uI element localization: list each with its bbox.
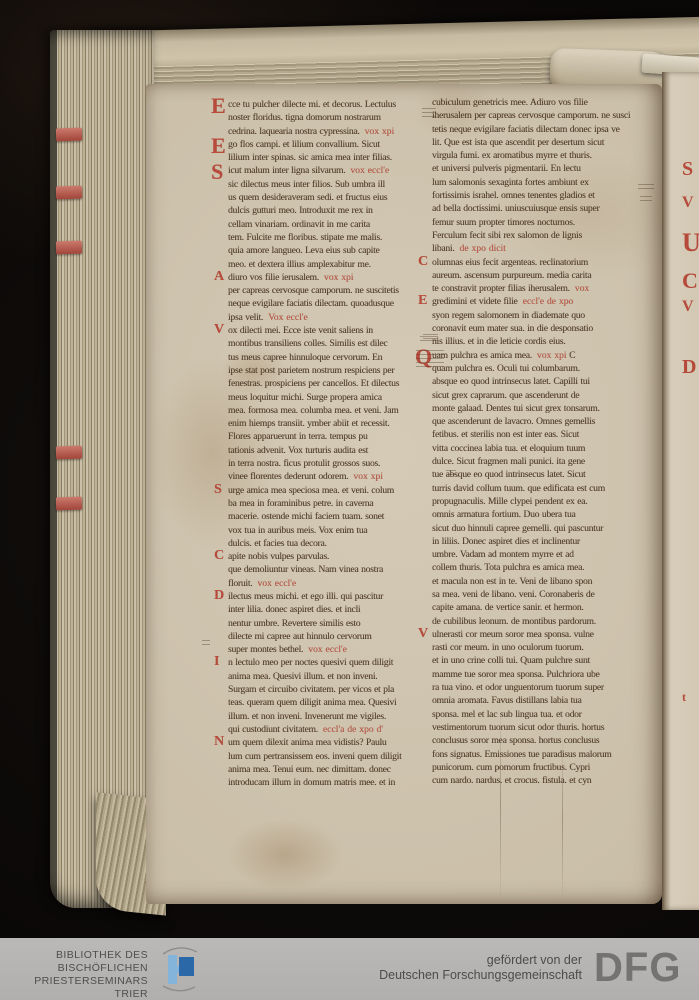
body-text: turris david collum tuum. que edificata … bbox=[432, 483, 605, 494]
facing-page-initial-fragment: V bbox=[682, 298, 694, 316]
manuscript-line: et universi pulveris pigmentarii. En lec… bbox=[432, 162, 644, 175]
body-text: iherusalem per capreas cervosque camporu… bbox=[432, 110, 630, 121]
body-text: ipsa velit. bbox=[228, 312, 263, 323]
body-text: in liliis. Donec aspiret dies et incline… bbox=[432, 536, 580, 547]
body-text: sa mea. veni de libano. veni. Coronaberi… bbox=[432, 589, 594, 600]
manuscript-line: floruit.vox eccl'e bbox=[228, 577, 426, 590]
manuscript-line: sicut grex caprarum. que ascenderunt de bbox=[432, 389, 644, 402]
body-text: inter lilia. donec aspiret dies. et incl… bbox=[228, 604, 360, 615]
manuscript-line: Vox dilecti mei. Ecce iste venit saliens… bbox=[228, 324, 426, 337]
body-text: mea. formosa mea. columba mea. et veni. … bbox=[228, 405, 398, 416]
body-text: fons signatus. Emissiones tue paradisus … bbox=[432, 749, 611, 760]
body-text: vestimentorum tuorum sicut odor thuris. … bbox=[432, 722, 604, 733]
manuscript-line: conclusus soror mea sponsa. hortus concl… bbox=[432, 734, 644, 747]
manuscript-line: que ascenderunt de lavacro. Omnes gemell… bbox=[432, 415, 644, 428]
manuscript-line: cedrina. laquearia nostra cypressina.vox… bbox=[228, 125, 426, 138]
left-page-stack bbox=[50, 30, 154, 908]
manuscript-line: Num quem dilexit anima mea vidistis? Pau… bbox=[228, 736, 426, 749]
manuscript-line: tetis neque evigilare faciatis dilectam … bbox=[432, 123, 644, 136]
body-text: C bbox=[566, 350, 575, 361]
body-text: tetis neque evigilare faciatis dilectam … bbox=[432, 124, 620, 135]
manuscript-line: punicorum. cum pomorum fructibus. Cypri bbox=[432, 761, 644, 774]
body-text: cubiculum genetricis mee. Adiuro vos fil… bbox=[432, 97, 588, 108]
body-text: sic dilectus meus inter filios. Sub umbr… bbox=[228, 179, 385, 190]
body-text: aureum. ascensum purpureum. media carita bbox=[432, 270, 591, 281]
manuscript-line: de cubilibus leonum. de montibus pardoru… bbox=[432, 615, 644, 628]
body-text: super montes bethel. bbox=[228, 644, 303, 655]
body-text: in terra nostra. ficus protulit grossos … bbox=[228, 458, 380, 469]
manuscript-line: in liliis. Donec aspiret dies et incline… bbox=[432, 535, 644, 548]
funding-credit-line: Deutschen Forschungsgemeinschaft bbox=[300, 968, 582, 983]
manuscript-line: mea. formosa mea. columba mea. et veni. … bbox=[228, 404, 426, 417]
manuscript-line: ipse stat post parietem nostrum respicie… bbox=[228, 364, 426, 377]
manuscript-line: monte galaad. Dentes tui sicut grex tons… bbox=[432, 402, 644, 415]
body-text: de cubilibus leonum. de montibus pardoru… bbox=[432, 616, 596, 627]
body-text: cedrina. laquearia nostra cypressina. bbox=[228, 126, 360, 137]
body-text: meus loquitur michi. Surge propera amica bbox=[228, 392, 382, 403]
rubricated-initial: I bbox=[214, 655, 219, 669]
manuscript-line: sponsa. mel et lac sub lingua tua. et od… bbox=[432, 708, 644, 721]
manuscript-line: us quem desideraveram sedi. et fructus e… bbox=[228, 191, 426, 204]
manuscript-line: cellam vinariam. ordinavit in me carita bbox=[228, 218, 426, 231]
manuscript-line: ipsa velit.Vox eccl'e bbox=[228, 311, 426, 324]
body-text: cce tu pulcher dilecte mi. et decorus. L… bbox=[228, 99, 396, 110]
body-text: lit. Que est ista que ascendit per deser… bbox=[432, 137, 604, 148]
manuscript-line: turris david collum tuum. que edificata … bbox=[432, 482, 644, 495]
body-text: ra tua vino. et odor unguentorum tuorum … bbox=[432, 682, 604, 693]
manuscript-line: iherusalem per capreas cervosque camporu… bbox=[432, 109, 644, 122]
manuscript-line: cum nardo. nardus. et crocus. fistula. e… bbox=[432, 774, 644, 787]
manuscript-line: vinee florentes dederunt odorem.vox xpi bbox=[228, 470, 426, 483]
body-text: tem. Fulcite me floribus. stipate me mal… bbox=[228, 232, 382, 243]
manuscript-line: omnis armatura fortium. Duo ubera tua bbox=[432, 508, 644, 521]
rubric-text: eccl'e de xpo bbox=[518, 296, 574, 307]
manuscript-line: sicut duo hinnuli capree gemelli. qui pa… bbox=[432, 522, 644, 535]
rubric-text: vox eccl'e bbox=[252, 578, 296, 589]
manuscript-line: tue absque eo quod intrinsecus latet. Si… bbox=[432, 468, 644, 481]
body-text: teas. queram quem diligit anima mea. Que… bbox=[228, 697, 396, 708]
body-text: apite nobis vulpes parvulas. bbox=[228, 551, 329, 562]
body-text: absque eo quod intrinsecus latet. Capill… bbox=[432, 376, 590, 387]
body-text: sponsa. mel et lac sub lingua tua. et od… bbox=[432, 709, 582, 720]
manuscript-line: mamme tue soror mea sponsa. Pulchriora u… bbox=[432, 668, 644, 681]
body-text: tus meus capree hinnuloque cervorum. En bbox=[228, 352, 382, 363]
manuscript-line: Vulnerasti cor meum soror mea sponsa. vu… bbox=[432, 628, 644, 641]
manuscript-line: et macula non est in te. Veni de libano … bbox=[432, 575, 644, 588]
manuscript-line: virgula fumi. ex aromatibus myrre et thu… bbox=[432, 149, 644, 162]
facing-page-initial-fragment: V bbox=[682, 194, 694, 212]
manuscript-line: et in uno crine colli tui. Quam pulchre … bbox=[432, 654, 644, 667]
manuscript-line: femur suum propter timores nocturnos. bbox=[432, 216, 644, 229]
rubricated-initial: D bbox=[214, 589, 224, 603]
manuscript-line: rasti cor meum. in uno oculorum tuorum. bbox=[432, 641, 644, 654]
footer-banner: BIBLIOTHEK DES BISCHÖFLICHEN PRIESTERSEM… bbox=[0, 938, 699, 1000]
facing-page-strip: SVUCVDt bbox=[662, 72, 699, 910]
manuscript-line: tem. Fulcite me floribus. stipate me mal… bbox=[228, 231, 426, 244]
body-text: dilecte mi capree aut hinnulo cervorum bbox=[228, 631, 372, 642]
manuscript-line: Adiuro vos filie ierusalem.vox xpi bbox=[228, 271, 426, 284]
manuscript-line: nentur umbre. Revertere similis esto bbox=[228, 617, 426, 630]
body-text: coronavit eum mater sua. in die desponsa… bbox=[432, 323, 593, 334]
manuscript-line: absque eo quod intrinsecus latet. Capill… bbox=[432, 375, 644, 388]
manuscript-line: fetibus. et sterilis non est inter eas. … bbox=[432, 428, 644, 441]
body-text: syon regem salomonem in diademate quo bbox=[432, 310, 585, 321]
text-column-right: cubiculum genetricis mee. Adiuro vos fil… bbox=[432, 96, 644, 787]
rubric-text: eccl'a de xpo d' bbox=[318, 724, 383, 735]
body-text: fetibus. et sterilis non est inter eas. … bbox=[432, 429, 579, 440]
body-text: icut malum inter ligna silvarum. bbox=[228, 165, 345, 176]
library-credit: BIBLIOTHEK DES BISCHÖFLICHEN PRIESTERSEM… bbox=[0, 949, 148, 1000]
manuscript-line: In lectulo meo per noctes quesivi quem d… bbox=[228, 656, 426, 669]
marginal-gloss bbox=[446, 470, 456, 476]
manuscript-line: Sicut malum inter ligna silvarum.vox ecc… bbox=[228, 164, 426, 177]
manuscript-line: sic dilectus meus inter filios. Sub umbr… bbox=[228, 178, 426, 191]
marginal-gloss bbox=[420, 336, 438, 343]
body-text: rasti cor meum. in uno oculorum tuorum. bbox=[432, 642, 584, 653]
manuscript-line: fons signatus. Emissiones tue paradisus … bbox=[432, 748, 644, 761]
body-text: fortissimis israhel. omnes tenentes glad… bbox=[432, 190, 595, 201]
manuscript-line: fortissimis israhel. omnes tenentes glad… bbox=[432, 189, 644, 202]
body-text: introducam illum in domum matris mee. et… bbox=[228, 777, 395, 788]
body-text: et macula non est in te. Veni de libano … bbox=[432, 576, 592, 587]
manuscript-line: coronavit eum mater sua. in die desponsa… bbox=[432, 322, 644, 335]
marginal-gloss bbox=[416, 350, 444, 368]
body-text: fenestras. prospiciens per cancellos. Et… bbox=[228, 378, 399, 389]
facing-page-initial-fragment: U bbox=[682, 228, 699, 258]
body-text: illum. et non inveni. Invenerunt me vigi… bbox=[228, 711, 386, 722]
body-text: que demoliuntur vineas. Nam vinea nostra bbox=[228, 564, 383, 575]
manuscript-line: dulcis. et facies tua decora. bbox=[228, 537, 426, 550]
manuscript-line: ad bella doctissimi. uniuscuiusque ensis… bbox=[432, 202, 644, 215]
funding-credit-line: gefördert von der bbox=[300, 953, 582, 968]
body-text: lum salomonis sexaginta fortes ambiunt e… bbox=[432, 177, 589, 188]
rubric-text: vox xpi bbox=[348, 471, 383, 482]
manuscript-line: in terra nostra. ficus protulit grossos … bbox=[228, 457, 426, 470]
manuscript-line: dulce. Sicut fragmen mali punici. ita ge… bbox=[432, 455, 644, 468]
manuscript-line: te constravit propter filias iherusalem.… bbox=[432, 282, 644, 295]
body-text: ulnerasti cor meum soror mea sponsa. vul… bbox=[432, 629, 594, 640]
body-text: conclusus soror mea sponsa. hortus concl… bbox=[432, 735, 599, 746]
body-text: quam pulchra es. Oculi tui columbarum. bbox=[432, 363, 580, 374]
body-text: noster floridus. tigna domorum nostrarum bbox=[228, 112, 381, 123]
bookmark-tab bbox=[56, 497, 82, 511]
body-text: gredimini et videte filie bbox=[432, 296, 518, 307]
body-text: vitta coccinea labia tua. et eloquium tu… bbox=[432, 443, 585, 454]
manuscript-line: per capreas cervosque camporum. ne susci… bbox=[228, 284, 426, 297]
text-column-left: Ecce tu pulcher dilecte mi. et decorus. … bbox=[228, 98, 426, 789]
manuscript-line: syon regem salomonem in diademate quo bbox=[432, 309, 644, 322]
body-text: umbre. Vadam ad montem myrre et ad bbox=[432, 549, 574, 560]
manuscript-line: lilium inter spinas. sic amica mea inter… bbox=[228, 151, 426, 164]
body-text: vox tua in auribus meis. Vox enim tua bbox=[228, 525, 367, 536]
body-text: ad bella doctissimi. uniuscuiusque ensis… bbox=[432, 203, 599, 214]
facing-page-initial-fragment: t bbox=[682, 690, 686, 705]
body-text: nentur umbre. Revertere similis esto bbox=[228, 618, 360, 629]
rubric-text: vox xpi bbox=[319, 272, 354, 283]
manuscript-line: capite amana. de vertice sanir. et hermo… bbox=[432, 601, 644, 614]
manuscript-line: vitta coccinea labia tua. et eloquium tu… bbox=[432, 442, 644, 455]
library-credit-line: BISCHÖFLICHEN bbox=[0, 962, 148, 975]
body-text: punicorum. cum pomorum fructibus. Cypri bbox=[432, 762, 590, 773]
body-text: qui custodiunt civitatem. bbox=[228, 724, 318, 735]
rubric-text: Vox eccl'e bbox=[263, 312, 308, 323]
body-text: Surgam et circuibo civitatem. per vicos … bbox=[228, 684, 394, 695]
body-text: ba mea in foraminibus petre. in caverna bbox=[228, 498, 373, 509]
manuscript-line: fenestras. prospiciens per cancellos. Et… bbox=[228, 377, 426, 390]
rubricated-initial: C bbox=[214, 549, 224, 563]
body-text: ilectus meus michi. et ego illi. qui pas… bbox=[228, 591, 383, 602]
manuscript-line: Ferculum fecit sibi rex salomon de ligni… bbox=[432, 229, 644, 242]
manuscript-line: libani.de xpo dicit bbox=[432, 242, 644, 255]
manuscript-line: lit. Que est ista que ascendit per deser… bbox=[432, 136, 644, 149]
body-text: dulcis gutturi meo. Introduxit me rex in bbox=[228, 205, 373, 216]
body-text: uam pulchra es amica mea. bbox=[432, 350, 532, 361]
manuscript-page-verso: Ecce tu pulcher dilecte mi. et decorus. … bbox=[146, 84, 662, 904]
body-text: anima mea. Tenui eum. nec dimittam. done… bbox=[228, 764, 391, 775]
body-text: neque evigilare faciatis dilectam. quoad… bbox=[228, 298, 394, 309]
manuscript-line: noster floridus. tigna domorum nostrarum bbox=[228, 111, 426, 124]
body-text: et in uno crine colli tui. Quam pulchre … bbox=[432, 655, 590, 666]
body-text: lilium inter spinas. sic amica mea inter… bbox=[228, 152, 392, 163]
body-text: sicut grex caprarum. que ascenderunt de bbox=[432, 390, 579, 401]
body-text: floruit. bbox=[228, 578, 252, 589]
library-credit-line: PRIESTERSEMINARS TRIER bbox=[0, 975, 148, 1000]
manuscript-line: quam pulchra es. Oculi tui columbarum. bbox=[432, 362, 644, 375]
body-text: libani. bbox=[432, 243, 455, 254]
bookmark-tab bbox=[56, 446, 82, 460]
rubricated-initial: S bbox=[211, 162, 223, 182]
body-text: te constravit propter filias iherusalem. bbox=[432, 283, 570, 294]
manuscript-line: inter lilia. donec aspiret dies. et incl… bbox=[228, 603, 426, 616]
body-text: tationis advenit. Vox turturis audita es… bbox=[228, 445, 368, 456]
manuscript-line: Quam pulchra es amica mea.vox xpi C bbox=[432, 349, 644, 362]
body-text: cellam vinariam. ordinavit in me carita bbox=[228, 219, 370, 230]
manuscript-line: anima mea. Quesivi illum. et non inveni. bbox=[228, 670, 426, 683]
rubric-text: vox bbox=[570, 283, 589, 294]
rubricated-initial: V bbox=[214, 323, 224, 337]
body-text: collem thuris. Tota pulchra es amica mea… bbox=[432, 562, 584, 573]
body-text: Ferculum fecit sibi rex salomon de ligni… bbox=[432, 230, 582, 241]
body-text: ipse stat post parietem nostrum respicie… bbox=[228, 365, 394, 376]
manuscript-line: Ecce tu pulcher dilecte mi. et decorus. … bbox=[228, 98, 426, 111]
body-text: ox dilecti mei. Ecce iste venit saliens … bbox=[228, 325, 373, 336]
manuscript-line: Ego flos campi. et lilium convallium. Si… bbox=[228, 138, 426, 151]
body-text: dulce. Sicut fragmen mali punici. ita ge… bbox=[432, 456, 585, 467]
manuscript-line: montibus transiliens colles. Similis est… bbox=[228, 337, 426, 350]
manuscript-line: umbre. Vadam ad montem myrre et ad bbox=[432, 548, 644, 561]
rubric-text: vox eccl'e bbox=[345, 165, 389, 176]
body-text: dulcis. et facies tua decora. bbox=[228, 538, 327, 549]
manuscript-line: cubiculum genetricis mee. Adiuro vos fil… bbox=[432, 96, 644, 109]
body-text: macerie. ostende michi faciem tuam. sone… bbox=[228, 511, 384, 522]
body-text: go flos campi. et lilium convallium. Sic… bbox=[228, 139, 380, 150]
manuscript-line: ra tua vino. et odor unguentorum tuorum … bbox=[432, 681, 644, 694]
body-text: monte galaad. Dentes tui sicut grex tons… bbox=[432, 403, 600, 414]
body-text: nis illius. et in die leticie cordis eiu… bbox=[432, 336, 565, 347]
rubric-text: vox eccl'e bbox=[303, 644, 347, 655]
manuscript-line: dulcis gutturi meo. Introduxit me rex in bbox=[228, 204, 426, 217]
body-text: us quem desideraveram sedi. et fructus e… bbox=[228, 192, 387, 203]
manuscript-line: Columnas eius fecit argenteas. reclinato… bbox=[432, 256, 644, 269]
body-text: olumnas eius fecit argenteas. reclinator… bbox=[432, 257, 588, 268]
body-text: omnia aromata. Favus distillans labia tu… bbox=[432, 695, 581, 706]
library-credit-line: BIBLIOTHEK DES bbox=[0, 949, 148, 962]
body-text: enim hiemps transiit. ymber abiit et rec… bbox=[228, 418, 389, 429]
body-text: diuro vos filie ierusalem. bbox=[228, 272, 319, 283]
rubricated-initial: E bbox=[418, 294, 427, 308]
manuscript-line: tus meus capree hinnuloque cervorum. En bbox=[228, 351, 426, 364]
body-text: quia amore langueo. Leva eius sub capite bbox=[228, 245, 380, 256]
facing-page-initial-fragment: S bbox=[682, 158, 693, 181]
manuscript-line: Surgam et circuibo civitatem. per vicos … bbox=[228, 683, 426, 696]
manuscript-line: lum cum pertransissem eos. inveni quem d… bbox=[228, 750, 426, 763]
rubricated-initial: A bbox=[214, 270, 224, 284]
body-text: virgula fumi. ex aromatibus myrre et thu… bbox=[432, 150, 592, 161]
body-text: cum nardo. nardus. et crocus. fistula. e… bbox=[432, 775, 591, 786]
manuscript-line: meo. et dextera illius amplexabitur me. bbox=[228, 258, 426, 271]
marginal-gloss bbox=[202, 640, 210, 646]
rubricated-initial: E bbox=[211, 96, 225, 116]
body-text: anima mea. Quesivi illum. et non inveni. bbox=[228, 671, 377, 682]
rubricated-initial: C bbox=[418, 255, 428, 269]
manuscript-line: nis illius. et in die leticie cordis eiu… bbox=[432, 335, 644, 348]
body-text: que ascenderunt de lavacro. Omnes gemell… bbox=[432, 416, 595, 427]
marginal-gloss bbox=[638, 184, 654, 192]
marginal-gloss bbox=[640, 196, 652, 202]
manuscript-line: meus loquitur michi. Surge propera amica bbox=[228, 391, 426, 404]
manuscript-line: Egredimini et videte filieeccl'e de xpo bbox=[432, 295, 644, 308]
manuscript-line: omnia aromata. Favus distillans labia tu… bbox=[432, 694, 644, 707]
manuscript-line: super montes bethel.vox eccl'e bbox=[228, 643, 426, 656]
manuscript-line: macerie. ostende michi faciem tuam. sone… bbox=[228, 510, 426, 523]
bookmark-tab bbox=[56, 186, 82, 200]
body-text: meo. et dextera illius amplexabitur me. bbox=[228, 259, 371, 270]
body-text: Flores apparuerunt in terra. tempus pu bbox=[228, 431, 368, 442]
manuscript-line: propugnaculis. Mille clypei pendent ex e… bbox=[432, 495, 644, 508]
body-text: lum cum pertransissem eos. inveni quem d… bbox=[228, 751, 402, 762]
manuscript-line: vox tua in auribus meis. Vox enim tua bbox=[228, 524, 426, 537]
manuscript-line: illum. et non inveni. Invenerunt me vigi… bbox=[228, 710, 426, 723]
body-text: n lectulo meo per noctes quesivi quem di… bbox=[228, 657, 393, 668]
facing-page-initial-fragment: C bbox=[682, 268, 698, 294]
manuscript-line: Surge amica mea speciosa mea. et veni. c… bbox=[228, 484, 426, 497]
rubricated-initial: V bbox=[418, 627, 428, 641]
rubricated-initial: N bbox=[214, 735, 224, 749]
rubric-text: vox xpi bbox=[532, 350, 567, 361]
manuscript-line: tationis advenit. Vox turturis audita es… bbox=[228, 444, 426, 457]
manuscript-line: vestimentorum tuorum sicut odor thuris. … bbox=[432, 721, 644, 734]
manuscript-line: collem thuris. Tota pulchra es amica mea… bbox=[432, 561, 644, 574]
dfg-logo: DFG bbox=[594, 946, 681, 992]
bookmark-tab bbox=[56, 241, 82, 255]
manuscript-line: sa mea. veni de libano. veni. Coronaberi… bbox=[432, 588, 644, 601]
body-text: urge amica mea speciosa mea. et veni. co… bbox=[228, 485, 394, 496]
manuscript-line: teas. queram quem diligit anima mea. Que… bbox=[228, 696, 426, 709]
rubric-text: vox xpi bbox=[360, 126, 395, 137]
bookmark-tab bbox=[56, 128, 82, 142]
body-text: per capreas cervosque camporum. ne susci… bbox=[228, 285, 399, 296]
body-text: sicut duo hinnuli capree gemelli. qui pa… bbox=[432, 523, 603, 534]
funding-credit: gefördert von der Deutschen Forschungsge… bbox=[300, 953, 582, 983]
manuscript-line: introducam illum in domum matris mee. et… bbox=[228, 776, 426, 789]
manuscript-line: ba mea in foraminibus petre. in caverna bbox=[228, 497, 426, 510]
body-text: montibus transiliens colles. Similis est… bbox=[228, 338, 387, 349]
body-text: femur suum propter timores nocturnos. bbox=[432, 217, 575, 228]
manuscript-line: qui custodiunt civitatem.eccl'a de xpo d… bbox=[228, 723, 426, 736]
manuscript-line: lum salomonis sexaginta fortes ambiunt e… bbox=[432, 176, 644, 189]
library-logo-icon bbox=[153, 942, 205, 1000]
body-text: omnis armatura fortium. Duo ubera tua bbox=[432, 509, 576, 520]
manuscript-line: anima mea. Tenui eum. nec dimittam. done… bbox=[228, 763, 426, 776]
manuscript-line: neque evigilare faciatis dilectam. quoad… bbox=[228, 297, 426, 310]
body-text: capite amana. de vertice sanir. et hermo… bbox=[432, 602, 584, 613]
rubricated-initial: E bbox=[211, 136, 225, 156]
rubricated-initial: S bbox=[214, 483, 222, 497]
manuscript-line: dilecte mi capree aut hinnulo cervorum bbox=[228, 630, 426, 643]
body-text: um quem dilexit anima mea vidistis? Paul… bbox=[228, 737, 386, 748]
rubric-text: de xpo dicit bbox=[455, 243, 506, 254]
marginal-gloss bbox=[422, 108, 436, 117]
body-text: propugnaculis. Mille clypei pendent ex e… bbox=[432, 496, 587, 507]
facing-page-initial-fragment: D bbox=[682, 356, 696, 379]
body-text: vinee florentes dederunt odorem. bbox=[228, 471, 348, 482]
manuscript-line: que demoliuntur vineas. Nam vinea nostra bbox=[228, 563, 426, 576]
manuscript-line: Dilectus meus michi. et ego illi. qui pa… bbox=[228, 590, 426, 603]
body-text: et universi pulveris pigmentarii. En lec… bbox=[432, 163, 581, 174]
manuscript-line: aureum. ascensum purpureum. media carita bbox=[432, 269, 644, 282]
body-text: mamme tue soror mea sponsa. Pulchriora u… bbox=[432, 669, 600, 680]
manuscript-line: Flores apparuerunt in terra. tempus pu bbox=[228, 430, 426, 443]
manuscript-line: enim hiemps transiit. ymber abiit et rec… bbox=[228, 417, 426, 430]
manuscript-line: Capite nobis vulpes parvulas. bbox=[228, 550, 426, 563]
manuscript-line: quia amore langueo. Leva eius sub capite bbox=[228, 244, 426, 257]
